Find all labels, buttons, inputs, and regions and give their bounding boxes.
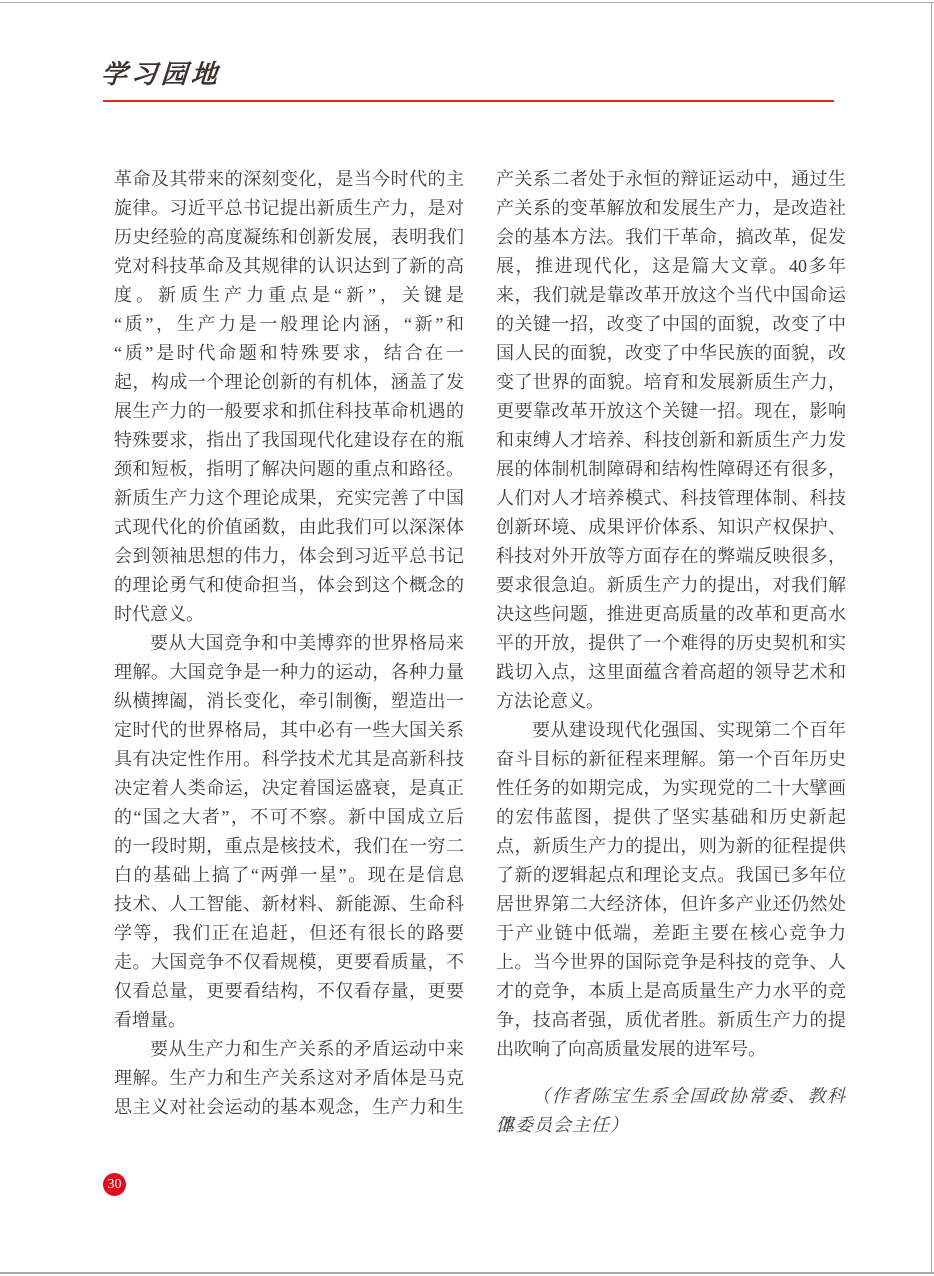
article-text-line: 白的基础上搞了“两弹一星”。现在是信息 <box>114 861 464 890</box>
article-text-line: 技术、人工智能、新材料、新能源、生命科 <box>114 890 464 919</box>
article-text-line: 颈和短板，指明了解决问题的重点和路径。 <box>114 455 464 484</box>
article-text-line: 国人民的面貌，改变了中华民族的面貌，改 <box>496 339 846 368</box>
article-body: 革命及其带来的深刻变化，是当今时代的主旋律。习近平总书记提出新质生产力，是对历史… <box>114 165 846 1140</box>
article-text-line: 走。大国竞争不仅看规模，更要看质量，不 <box>114 948 464 977</box>
article-text-line: 人们对人才培养模式、科技管理体制、科技 <box>496 484 846 513</box>
article-text-line: 要从建设现代化强国、实现第二个百年 <box>496 716 846 745</box>
article-text-line: 创新环境、成果评价体系、知识产权保护、 <box>496 513 846 542</box>
article-text-line: 革命及其带来的深刻变化，是当今时代的主 <box>114 165 464 194</box>
article-text-line: 理解。大国竞争是一种力的运动，各种力量 <box>114 658 464 687</box>
article-text-line: 决这些问题，推进更高质量的改革和更高水 <box>496 600 846 629</box>
article-right-column: 产关系二者处于永恒的辩证运动中，通过生产关系的变革解放和发展生产力，是改造社会的… <box>496 165 846 1140</box>
author-text-line: （作者陈宝生系全国政协常委、教科卫 <box>496 1082 846 1111</box>
article-text-line: 仅看总量，更要看结构，不仅看存量，更要 <box>114 977 464 1006</box>
page-edge-right <box>931 2 932 1273</box>
article-text-line: 定时代的世界格局，其中必有一些大国关系 <box>114 716 464 745</box>
article-text-line: 居世界第二大经济体，但许多产业还仍然处 <box>496 890 846 919</box>
article-text-line: 来，我们就是靠改革开放这个当代中国命运 <box>496 281 846 310</box>
article-text-line: 看增量。 <box>114 1006 464 1035</box>
article-text-line: 方法论意义。 <box>496 687 846 716</box>
article-text-line: 争，技高者强，质优者胜。新质生产力的提 <box>496 1006 846 1035</box>
article-text-line: 历史经验的高度凝练和创新发展，表明我们 <box>114 223 464 252</box>
article-text-line: 产关系的变革解放和发展生产力，是改造社 <box>496 194 846 223</box>
article-text-line: 度。新质生产力重点是“新”，关键是 <box>114 281 464 310</box>
article-text-line: 要从生产力和生产关系的矛盾运动中来 <box>114 1035 464 1064</box>
article-text-line: 和束缚人才培养、科技创新和新质生产力发 <box>496 426 846 455</box>
article-text-line: 展生产力的一般要求和抓住科技革命机遇的 <box>114 397 464 426</box>
article-text-line: 起，构成一个理论创新的有机体，涵盖了发 <box>114 368 464 397</box>
article-text-line: 展的体制机制障碍和结构性障碍还有很多， <box>496 455 846 484</box>
article-text-line: 理解。生产力和生产关系这对矛盾体是马克 <box>114 1064 464 1093</box>
article-text-line: 的“国之大者”，不可不察。新中国成立后 <box>114 803 464 832</box>
author-text-line: 体委员会主任） <box>496 1111 846 1140</box>
article-text-line: 会的基本方法。我们干革命，搞改革，促发 <box>496 223 846 252</box>
banner-divider-line <box>103 100 834 102</box>
page-edge-bottom <box>0 1272 934 1274</box>
article-text-line: 学等，我们正在追赶，但还有很长的路要 <box>114 919 464 948</box>
article-text-line: 思主义对社会运动的基本观念，生产力和生 <box>114 1093 464 1122</box>
article-text-line: 出吹响了向高质量发展的进军号。 <box>496 1035 846 1064</box>
article-text-line: 会到领袖思想的伟力，体会到习近平总书记 <box>114 542 464 571</box>
article-text-line: 上。当今世界的国际竞争是科技的竞争、人 <box>496 948 846 977</box>
article-text-line: 奋斗目标的新征程来理解。第一个百年历史 <box>496 745 846 774</box>
article-text-line: 才的竞争，本质上是高质量生产力水平的竞 <box>496 977 846 1006</box>
article-text-line: 决定着人类命运，决定着国运盛衰，是真正 <box>114 774 464 803</box>
article-left-column: 革命及其带来的深刻变化，是当今时代的主旋律。习近平总书记提出新质生产力，是对历史… <box>114 165 464 1140</box>
article-text-line: 于产业链中低端，差距主要在核心竞争力 <box>496 919 846 948</box>
article-text-line: 特殊要求，指出了我国现代化建设存在的瓶 <box>114 426 464 455</box>
article-text-line: 践切入点，这里面蕴含着高超的领导艺术和 <box>496 658 846 687</box>
section-banner-title: 学习园地 <box>100 58 222 92</box>
magazine-page: { "page": { "title_banner": "学习园地", "pag… <box>0 0 934 1276</box>
author-attribution: （作者陈宝生系全国政协常委、教科卫体委员会主任） <box>496 1082 846 1140</box>
article-text-line: 性任务的如期完成，为实现党的二十大擘画 <box>496 774 846 803</box>
article-text-line: 科技对外开放等方面存在的弊端反映很多， <box>496 542 846 571</box>
article-text-line: 了新的逻辑起点和理论支点。我国已多年位 <box>496 861 846 890</box>
article-text-line: 变了世界的面貌。培育和发展新质生产力， <box>496 368 846 397</box>
page-edge-top <box>0 2 934 3</box>
article-text-line: 要从大国竞争和中美博弈的世界格局来 <box>114 629 464 658</box>
article-text-line: 的宏伟蓝图，提供了坚实基础和历史新起 <box>496 803 846 832</box>
article-text-line: 时代意义。 <box>114 600 464 629</box>
page-number-badge: 30 <box>103 1173 126 1196</box>
article-text-line: “质”，生产力是一般理论内涵，“新”和 <box>114 310 464 339</box>
article-text-line: 更要靠改革开放这个关键一招。现在，影响 <box>496 397 846 426</box>
article-text-line: 的关键一招，改变了中国的面貌，改变了中 <box>496 310 846 339</box>
article-text-line: 的一段时期，重点是核技术，我们在一穷二 <box>114 832 464 861</box>
article-text-line: 旋律。习近平总书记提出新质生产力，是对 <box>114 194 464 223</box>
article-text-line: 党对科技革命及其规律的认识达到了新的高 <box>114 252 464 281</box>
article-text-line: 点，新质生产力的提出，则为新的征程提供 <box>496 832 846 861</box>
article-text-line: “质”是时代命题和特殊要求，结合在一 <box>114 339 464 368</box>
article-text-line: 具有决定性作用。科学技术尤其是高新科技 <box>114 745 464 774</box>
article-text-line: 纵横捭阖，消长变化，牵引制衡，塑造出一 <box>114 687 464 716</box>
article-text-line: 展，推进现代化，这是篇大文章。40多年 <box>496 252 846 281</box>
article-text-line: 新质生产力这个理论成果，充实完善了中国 <box>114 484 464 513</box>
article-text-line: 要求很急迫。新质生产力的提出，对我们解 <box>496 571 846 600</box>
article-text-line: 的理论勇气和使命担当，体会到这个概念的 <box>114 571 464 600</box>
article-text-line: 平的开放，提供了一个难得的历史契机和实 <box>496 629 846 658</box>
article-text-line: 产关系二者处于永恒的辩证运动中，通过生 <box>496 165 846 194</box>
article-right-column-text: 产关系二者处于永恒的辩证运动中，通过生产关系的变革解放和发展生产力，是改造社会的… <box>496 165 846 1064</box>
article-text-line: 式现代化的价值函数，由此我们可以深深体 <box>114 513 464 542</box>
